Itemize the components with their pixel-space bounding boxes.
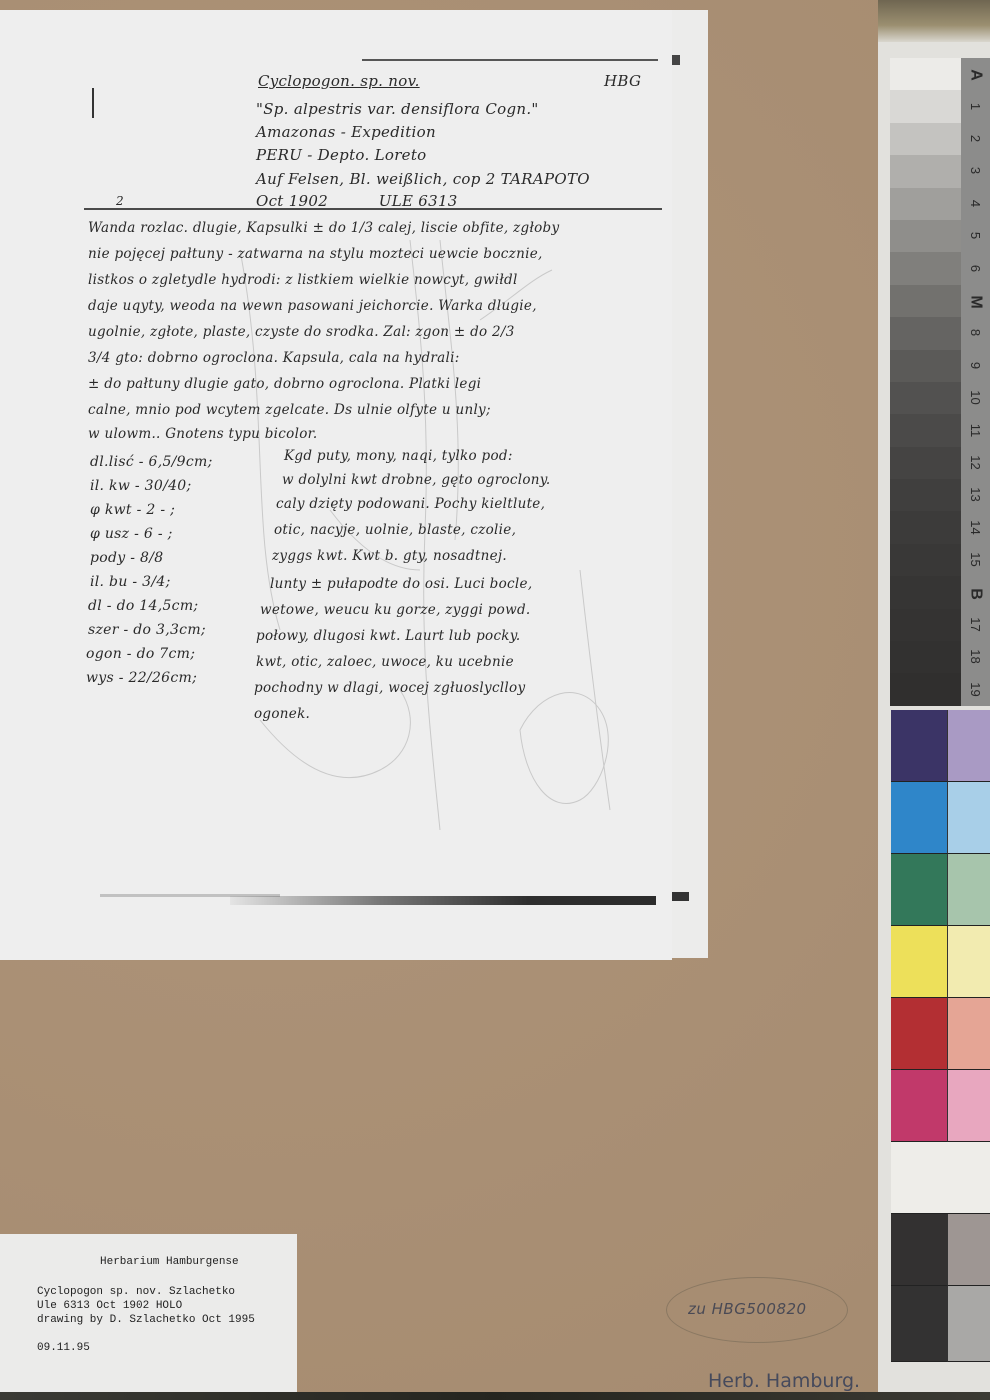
measurement-3: φ kwt - 2 - ; <box>90 502 175 518</box>
measurement-1: dl.lisć - 6,5/9cm; <box>90 454 213 470</box>
swatch-red-light <box>947 998 990 1070</box>
description-line-1: Wanda rozlac. dlugie, Kapsulki ± do 1/3 … <box>88 220 559 236</box>
gray-step <box>890 447 961 479</box>
flower-line-9: kwt, otic, zaloec, uwoce, ku ucebnie <box>256 654 514 670</box>
swatch-white-dark <box>891 1142 990 1214</box>
gray-step-label: A <box>967 61 985 90</box>
description-line-4: daje uqyty, weoda na wewn pasowani jeich… <box>88 298 537 314</box>
gray-step-label: 15 <box>968 545 983 574</box>
header-line-2: Amazonas - Expedition <box>256 123 436 141</box>
gray-step <box>890 155 961 187</box>
flower-line-5: zyggs kwt. Kwt b. gty, nosadtnej. <box>272 548 507 564</box>
description-line-8: calne, mnio pod wcytem zgelcate. Ds ulni… <box>88 402 491 418</box>
gray-step <box>890 123 961 155</box>
gray-step <box>890 576 961 608</box>
gray-step-label: M <box>967 288 985 317</box>
measurement-5: pody - 8/8 <box>90 550 163 566</box>
flower-line-1: Kgd puty, mony, naqi, tylko pod: <box>284 448 513 464</box>
measurement-2: il. kw - 30/40; <box>90 478 192 494</box>
swatch-purple-dark <box>891 710 947 782</box>
color-calibration-chart: A123456M89101112131415B171819 <box>878 0 990 1400</box>
gray-step-label: 18 <box>968 642 983 671</box>
flower-line-10: pochodny w dlagi, wocej zgłuoslyclloy <box>254 680 525 696</box>
flower-line-7: wetowe, weucu ku gorze, zyggi powd. <box>260 602 530 618</box>
scan-bottom-edge <box>0 1392 990 1400</box>
description-line-6: 3/4 gto: dobrno ogroclona. Kapsula, cala… <box>88 350 460 366</box>
herbarium-label: Herbarium Hamburgense Cyclopogon sp. nov… <box>0 1234 297 1400</box>
middle-rule <box>84 208 662 210</box>
flower-line-3: caly dzięty podowani. Pochy kieltlute, <box>276 496 545 512</box>
gray-step-label: 1 <box>968 92 983 121</box>
gray-step-label: 13 <box>968 480 983 509</box>
gray-step-label: 2 <box>968 124 983 153</box>
swatch-red-dark <box>891 998 947 1070</box>
swatch-magenta-dark <box>891 1070 947 1142</box>
gray-step <box>890 511 961 543</box>
flower-line-11: ogonek. <box>254 706 310 722</box>
gray-step-label: 4 <box>968 189 983 218</box>
toner-streak-edge <box>672 892 689 901</box>
gray-step <box>890 285 961 317</box>
header-line-4: Auf Felsen, Bl. weißlich, cop 2 TARAPOTO <box>256 170 590 188</box>
label-line-3: drawing by D. Szlachetko Oct 1995 <box>37 1314 255 1326</box>
swatch-green-dark <box>891 854 947 926</box>
swatch-blue-light <box>947 782 990 854</box>
gray-step <box>890 220 961 252</box>
measurement-6: il. bu - 3/4; <box>90 574 171 590</box>
gray-step <box>890 544 961 576</box>
gray-step <box>890 252 961 284</box>
gray-scale-labels: A123456M89101112131415B171819 <box>961 58 990 706</box>
swatch-blue-dark <box>891 782 947 854</box>
label-title: Herbarium Hamburgense <box>100 1256 239 1268</box>
gray-step-label: 3 <box>968 156 983 185</box>
swatch-dark-gray-dark <box>891 1214 947 1286</box>
gray-step <box>890 90 961 122</box>
swatch-green-light <box>947 854 990 926</box>
measurement-10: wys - 22/26cm; <box>86 670 197 686</box>
gray-step <box>890 414 961 446</box>
swatch-purple-light <box>947 710 990 782</box>
description-line-2: nie pojęcej pałtuny - zatwarna na stylu … <box>88 246 543 262</box>
label-line-1: Cyclopogon sp. nov. Szlachetko <box>37 1286 235 1298</box>
herbarium-stamp: Herb. Hamburg. <box>708 1370 860 1392</box>
top-rule-mark <box>672 55 680 65</box>
taxon-name: Cyclopogon. sp. nov. <box>258 72 420 90</box>
gray-step <box>890 673 961 705</box>
measurement-8: szer - do 3,3cm; <box>88 622 206 638</box>
gray-step-label: 14 <box>968 513 983 542</box>
measurement-4: φ usz - 6 - ; <box>90 526 173 542</box>
page-mark: 2 <box>116 194 124 208</box>
gray-step <box>890 382 961 414</box>
gray-step <box>890 479 961 511</box>
gray-step <box>890 350 961 382</box>
gray-step-label: 8 <box>968 318 983 347</box>
description-line-9: w ulowm.. Gnotens typu bicolor. <box>88 426 318 442</box>
measurement-9: ogon - do 7cm; <box>86 646 195 662</box>
gray-step-label: 12 <box>968 448 983 477</box>
swatch-dark-gray-light <box>947 1214 990 1286</box>
swatch-black-light <box>947 1286 990 1362</box>
catalog-number: zu HBG500820 <box>688 1300 807 1318</box>
gray-step <box>890 188 961 220</box>
gray-step-label: 19 <box>968 675 983 704</box>
flower-line-2: w dolylni kwt drobne, gęto ogroclony. <box>282 472 551 488</box>
gray-step <box>890 317 961 349</box>
label-line-2: Ule 6313 Oct 1902 HOLO <box>37 1300 182 1312</box>
swatch-yellow-dark <box>891 926 947 998</box>
front-sheet: Cyclopogon. sp. nov. HBG "Sp. alpestris … <box>0 10 672 960</box>
description-line-5: ugolnie, zgłote, plaste, czyste do srodk… <box>88 324 515 340</box>
gray-step <box>890 609 961 641</box>
description-line-7: ± do pałtuny dlugie gato, dobrno ogroclo… <box>88 376 481 392</box>
flower-line-4: otic, nacyje, uolnie, blaste, czolie, <box>274 522 516 538</box>
header-line-3: PERU - Depto. Loreto <box>256 146 427 164</box>
label-date: 09.11.95 <box>37 1342 90 1354</box>
flower-line-8: połowy, dlugosi kwt. Laurt lub pocky. <box>256 628 521 644</box>
gray-step-label: 17 <box>968 610 983 639</box>
gray-step-label: 5 <box>968 221 983 250</box>
description-line-3: listkos o zgletydle hydrodi: z listkiem … <box>88 272 518 288</box>
swatch-magenta-light <box>947 1070 990 1142</box>
header-line-1: "Sp. alpestris var. densiflora Cogn." <box>256 100 539 118</box>
measurement-7: dl - do 14,5cm; <box>88 598 198 614</box>
gray-step-label: 6 <box>968 254 983 283</box>
left-margin-mark <box>92 88 94 118</box>
gray-step-label: 11 <box>968 416 983 445</box>
gray-scale <box>890 58 961 706</box>
swatch-black-dark <box>891 1286 947 1362</box>
toner-streak <box>230 896 656 905</box>
gray-step <box>890 641 961 673</box>
swatch-yellow-light <box>947 926 990 998</box>
herbarium-code: HBG <box>604 72 641 90</box>
gray-step-label: 9 <box>968 351 983 380</box>
flower-line-6: lunty ± pułapodte do osi. Luci bocle, <box>270 576 532 592</box>
gray-step-label: B <box>967 579 985 608</box>
top-rule <box>362 59 658 61</box>
gray-step <box>890 58 961 90</box>
gray-step-label: 10 <box>968 383 983 412</box>
chart-top-shadow <box>878 0 990 42</box>
